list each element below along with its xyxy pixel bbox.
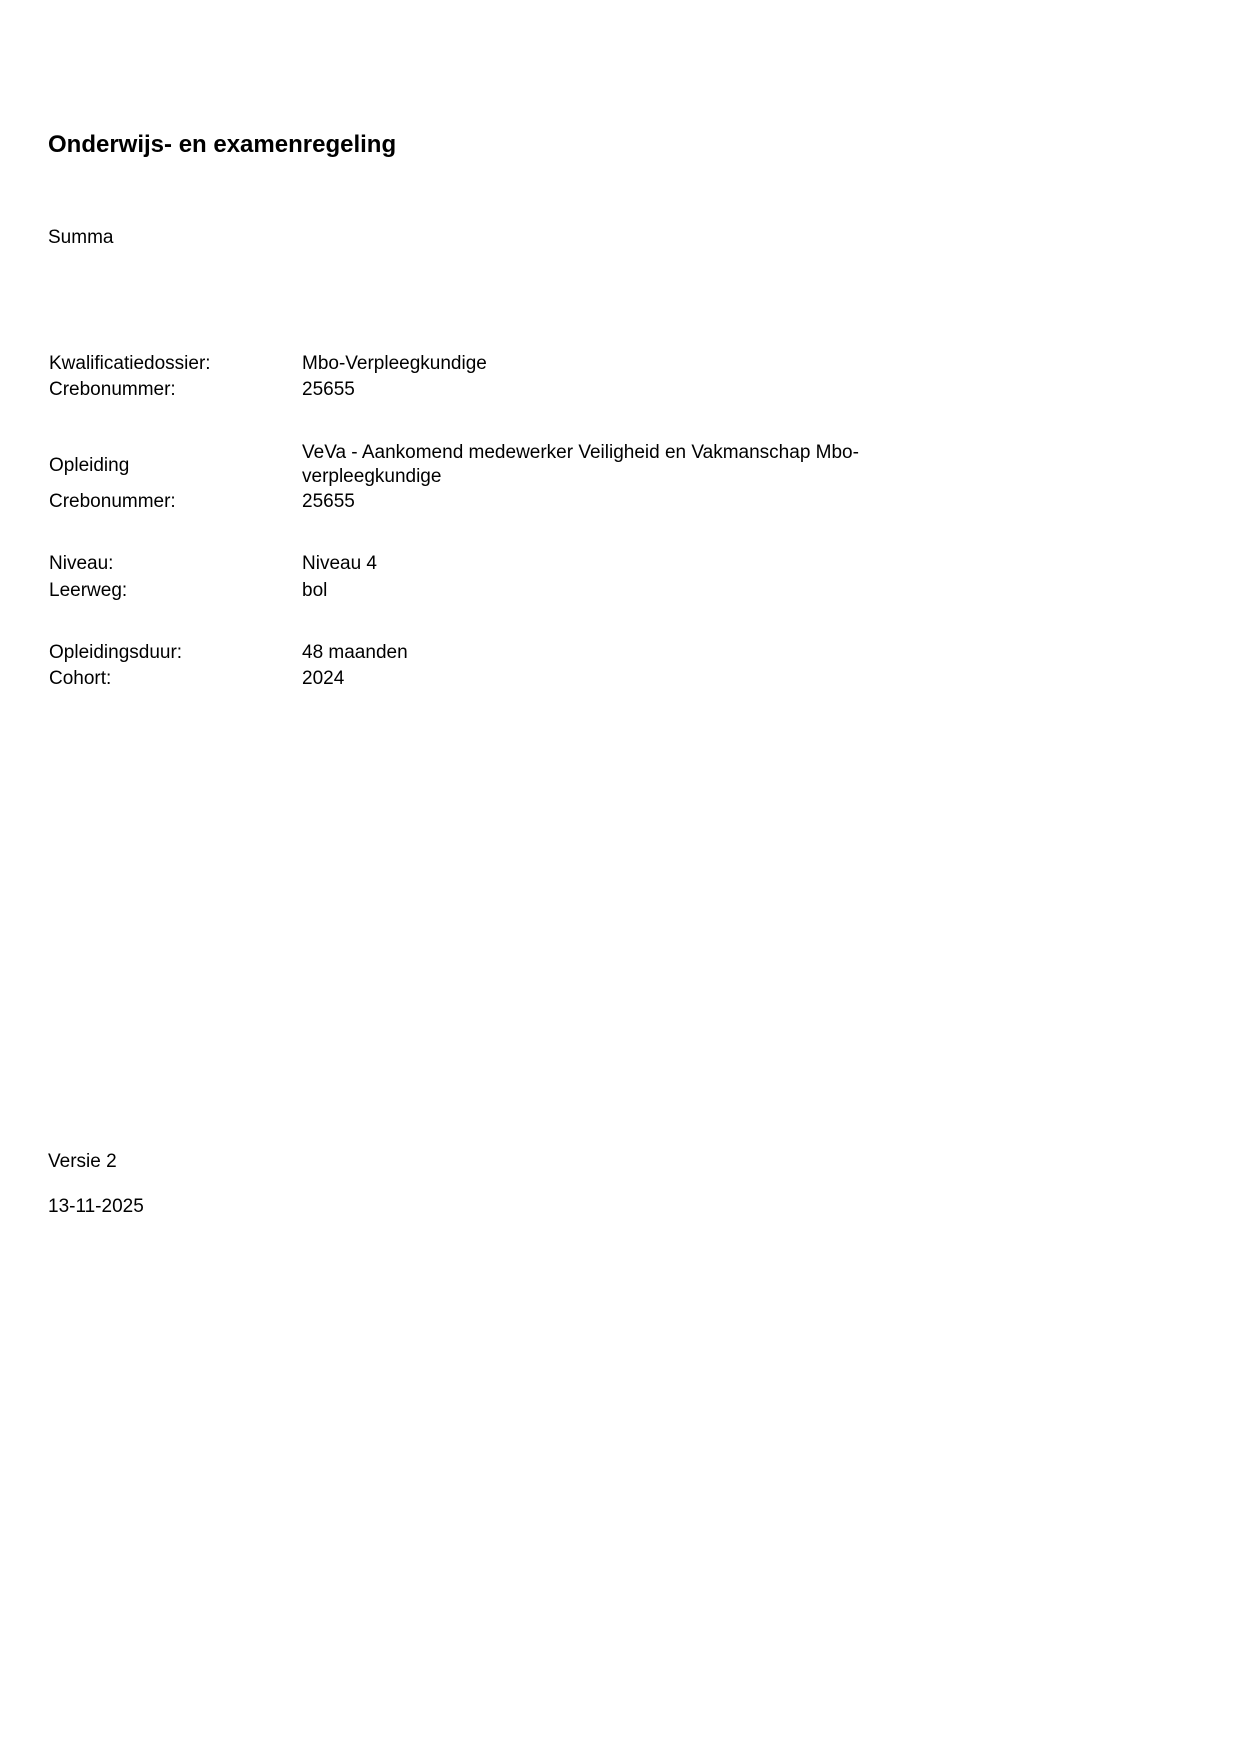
field-value: Mbo-Verpleegkundige xyxy=(302,352,942,376)
field-value: bol xyxy=(302,579,942,603)
field-value: 48 maanden xyxy=(302,641,942,665)
document-date: 13-11-2025 xyxy=(48,1195,144,1219)
field-label: Leerweg: xyxy=(49,579,127,603)
field-label: Crebonummer: xyxy=(49,378,176,402)
version-label: Versie 2 xyxy=(48,1150,117,1174)
field-value: 25655 xyxy=(302,490,942,514)
field-value: 25655 xyxy=(302,378,942,402)
field-label: Kwalificatiedossier: xyxy=(49,352,211,376)
field-value: VeVa - Aankomend medewerker Veiligheid e… xyxy=(302,441,922,489)
field-label: Cohort: xyxy=(49,667,111,691)
field-value: 2024 xyxy=(302,667,942,691)
field-label: Opleidingsduur: xyxy=(49,641,182,665)
document-title: Onderwijs- en examenregeling xyxy=(48,130,396,160)
field-label: Opleiding xyxy=(49,454,129,478)
organization-name: Summa xyxy=(48,226,113,250)
field-label: Crebonummer: xyxy=(49,490,176,514)
field-label: Niveau: xyxy=(49,552,113,576)
field-value: Niveau 4 xyxy=(302,552,942,576)
